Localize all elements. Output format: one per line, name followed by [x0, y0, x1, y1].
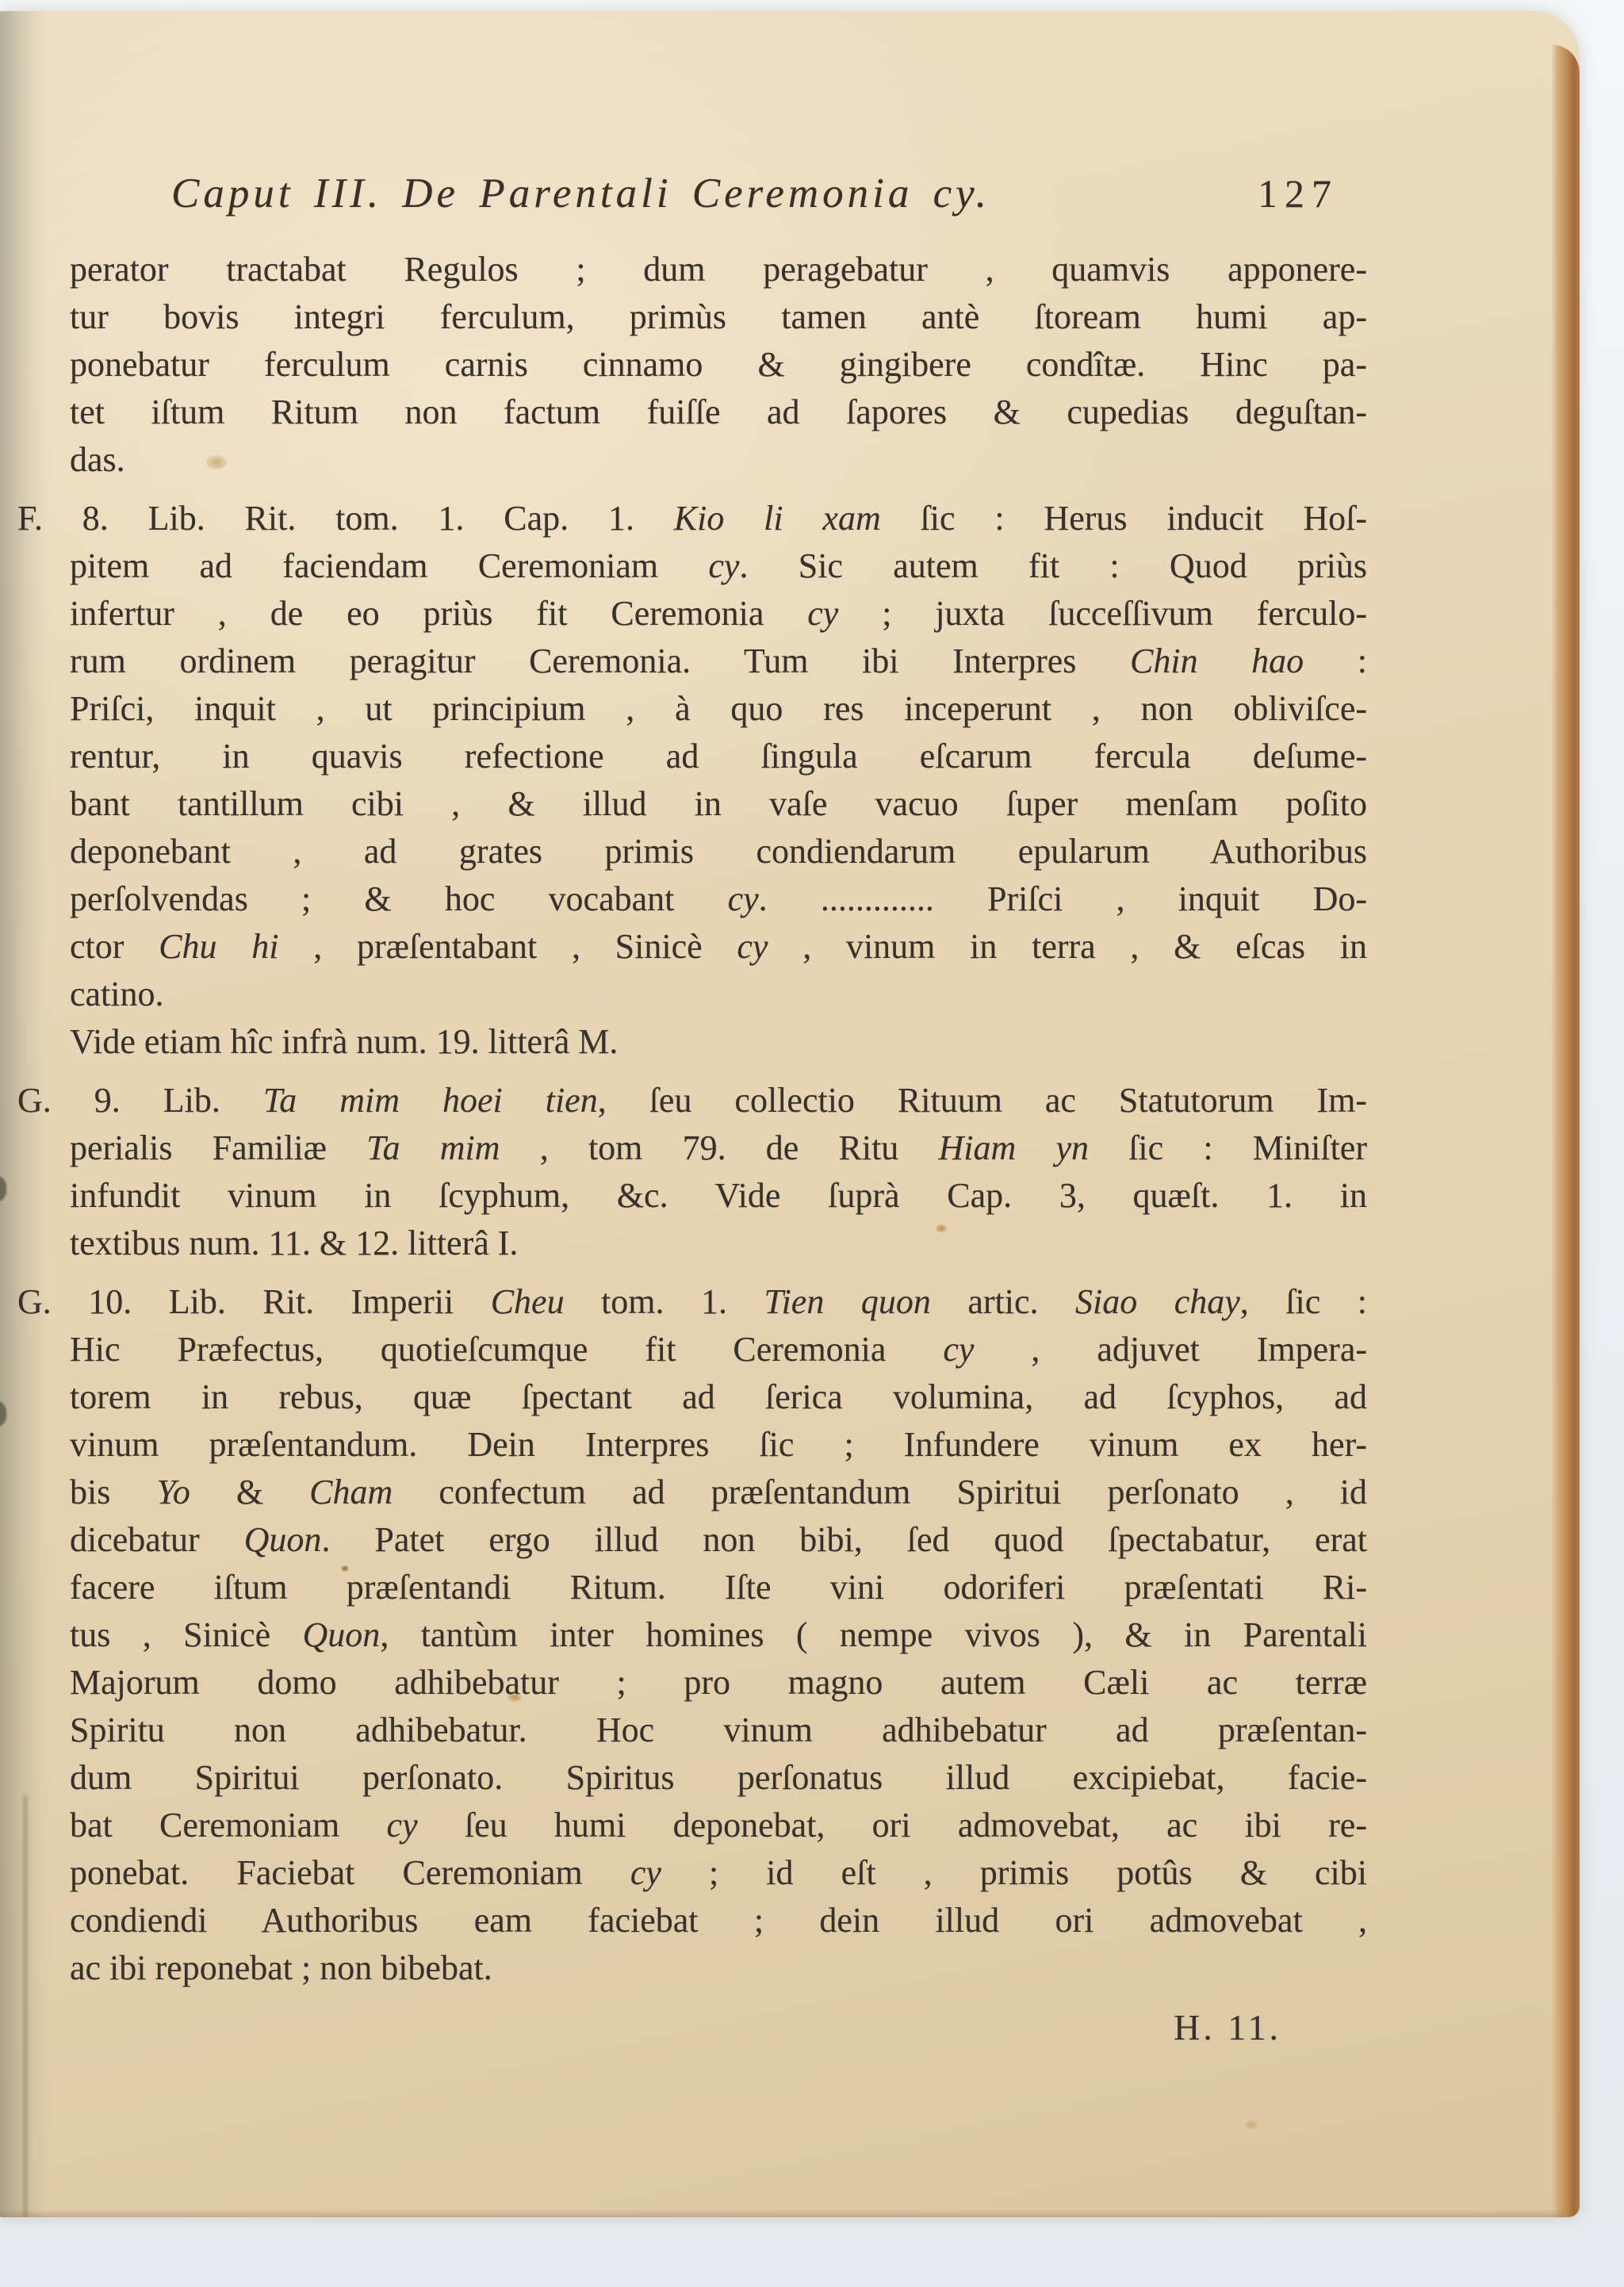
text-line: perator tractabat Regulos ; dum perageba…: [70, 246, 1367, 293]
italic-text: Cham: [309, 1473, 393, 1511]
body-text: ſeu humi deponebat, ori admovebat, ac ib…: [418, 1806, 1367, 1845]
body-text: tom. 1.: [565, 1282, 764, 1321]
text-line: infertur , de eo priùs fit Ceremonia cy …: [70, 590, 1367, 638]
body-text: deponebant , ad grates primis condiendar…: [70, 832, 1367, 871]
body-text: . ............. Priſci , inquit Do-: [759, 879, 1367, 918]
italic-text: Chu hi: [159, 927, 278, 966]
paragraph: G. 10. Lib. Rit. Imperii Cheu tom. 1. Ti…: [70, 1278, 1367, 1992]
body-text: , vinum in terra , & eſcas in: [768, 927, 1367, 966]
body-text: , tom 79. de Ritu: [500, 1128, 939, 1167]
body-text: rentur, in quavis refectione ad ſingula …: [70, 737, 1367, 776]
text-line: pitem ad faciendam Ceremoniam cy. Sic au…: [70, 542, 1367, 590]
text-line: F. 8. Lib. Rit. tom. 1. Cap. 1. Kio li x…: [70, 495, 1367, 542]
text-line: infundit vinum in ſcyphum, &c. Vide ſupr…: [70, 1172, 1367, 1220]
body-text: perialis Familiæ: [70, 1128, 366, 1167]
text-line: perſolvendas ; & hoc vocabant cy. ......…: [70, 875, 1367, 923]
text-line: ac ibi reponebat ; non bibebat.: [70, 1944, 1367, 1992]
paragraph: F. 8. Lib. Rit. tom. 1. Cap. 1. Kio li x…: [70, 495, 1367, 1018]
running-title: Caput III. De Parentali Ceremonia cy.: [171, 170, 990, 217]
body-text: perſolvendas ; & hoc vocabant: [70, 879, 728, 918]
body-text: ponebatur ferculum carnis cinnamo & ging…: [70, 345, 1367, 384]
italic-text: cy: [943, 1330, 974, 1369]
text-line: catino.: [70, 971, 1367, 1018]
italic-text: Hiam yn: [939, 1128, 1090, 1167]
text-line: condiendi Authoribus eam faciebat ; dein…: [70, 1897, 1367, 1944]
body-text: &: [190, 1473, 309, 1511]
text-line: das.: [70, 436, 1367, 484]
body-text: G. 9. Lib.: [17, 1081, 263, 1120]
text-line: Majorum domo adhibebatur ; pro magno aut…: [70, 1659, 1367, 1707]
italic-text: Quon: [303, 1615, 381, 1654]
italic-text: cy: [807, 594, 838, 633]
body-text: infundit vinum in ſcyphum, &c. Vide ſupr…: [70, 1176, 1367, 1215]
body-text: catino.: [70, 975, 164, 1013]
body-text: confectum ad præſentandum Spiritui perſo…: [393, 1473, 1367, 1511]
body-text: ac ibi reponebat ; non bibebat.: [70, 1948, 492, 1987]
text-line: Vide etiam hîc infrà num. 19. litterâ M.: [70, 1018, 1367, 1066]
italic-text: Kio li xam: [674, 499, 881, 538]
body-text: G. 10. Lib. Rit. Imperii: [17, 1282, 491, 1321]
book-page: Caput III. De Parentali Ceremonia cy. 12…: [0, 11, 1580, 2217]
body-text: bant tantillum cibi , & illud in vaſe va…: [70, 784, 1367, 823]
body-text: pitem ad faciendam Ceremoniam: [70, 546, 708, 585]
italic-text: cy: [630, 1853, 661, 1892]
italic-text: Yo: [156, 1473, 190, 1511]
body-text: , adjuvet Impera-: [974, 1330, 1367, 1369]
body-text: Majorum domo adhibebatur ; pro magno aut…: [70, 1663, 1367, 1702]
text-line: Spiritu non adhibebatur. Hoc vinum adhib…: [70, 1707, 1367, 1754]
body-text: tet iſtum Ritum non factum fuiſſe ad ſap…: [70, 393, 1367, 431]
text-line: bant tantillum cibi , & illud in vaſe va…: [70, 780, 1367, 828]
text-line: vinum præſentandum. Dein Interpres ſic ;…: [70, 1421, 1367, 1469]
text-line: tus , Sinicè Quon, tantùm inter homines …: [70, 1611, 1367, 1659]
body-text: rum ordinem peragitur Ceremonia. Tum ibi…: [70, 642, 1130, 680]
body-text: Spiritu non adhibebatur. Hoc vinum adhib…: [70, 1710, 1367, 1749]
italic-text: Quon: [244, 1520, 322, 1559]
body-text: bat Ceremoniam: [70, 1806, 387, 1845]
italic-text: cy: [737, 927, 768, 966]
body-text: torem in rebus, quæ ſpectant ad ſerica v…: [70, 1377, 1367, 1416]
body-text: textibus num. 11. & 12. litterâ I.: [70, 1224, 518, 1262]
text-line: ctor Chu hi , præſentabant , Sinicè cy ,…: [70, 923, 1367, 971]
italic-text: Tien quon: [764, 1282, 931, 1321]
text-line: Priſci, inquit , ut principium , à quo r…: [70, 685, 1367, 733]
body-text: ſic : Herus inducit Hoſ-: [881, 499, 1367, 538]
italic-text: Chin hao: [1130, 642, 1304, 680]
body-text: condiendi Authoribus eam faciebat ; dein…: [70, 1901, 1367, 1940]
italic-text: cy: [708, 546, 739, 585]
text-line: dicebatur Quon. Patet ergo illud non bib…: [70, 1516, 1367, 1564]
body-text: ſic : Miniſter: [1089, 1128, 1367, 1167]
body-text: tus , Sinicè: [70, 1615, 303, 1654]
catchword-signature: H. 11.: [70, 2006, 1281, 2048]
paragraph: Vide etiam hîc infrà num. 19. litterâ M.: [70, 1018, 1367, 1066]
text-line: G. 10. Lib. Rit. Imperii Cheu tom. 1. Ti…: [70, 1278, 1367, 1326]
body-text: ; juxta ſucceſſivum ferculo-: [838, 594, 1367, 633]
text-line: bis Yo & Cham confectum ad præſentandum …: [70, 1469, 1367, 1516]
body-text: infertur , de eo priùs fit Ceremonia: [70, 594, 807, 633]
italic-text: Siao chay: [1075, 1282, 1240, 1321]
text-line: torem in rebus, quæ ſpectant ad ſerica v…: [70, 1373, 1367, 1421]
body-text: . Patet ergo illud non bibi, ſed quod ſp…: [321, 1520, 1367, 1559]
body-text: bis: [70, 1473, 156, 1511]
body-text: perator tractabat Regulos ; dum perageba…: [70, 250, 1367, 289]
body-text: tur bovis integri ferculum, primùs tamen…: [70, 297, 1367, 336]
body-text: ; id eſt , primis potûs & cibi: [661, 1853, 1367, 1892]
text-line: rentur, in quavis refectione ad ſingula …: [70, 733, 1367, 780]
body-text: , ſeu collectio Rituum ac Statutorum Im-: [598, 1081, 1367, 1120]
body-text: facere iſtum præſentandi Ritum. Iſte vin…: [70, 1568, 1367, 1607]
body-text: Hic Præfectus, quotieſcumque fit Ceremon…: [70, 1330, 943, 1369]
text-block: perator tractabat Regulos ; dum perageba…: [70, 246, 1367, 1992]
text-line: bat Ceremoniam cy ſeu humi deponebat, or…: [70, 1802, 1367, 1849]
page-edge: [1551, 44, 1580, 2217]
body-text: dum Spiritui perſonato. Spiritus perſona…: [70, 1758, 1367, 1797]
paragraph: G. 9. Lib. Ta mim hoei tien, ſeu collect…: [70, 1077, 1367, 1267]
text-line: tet iſtum Ritum non factum fuiſſe ad ſap…: [70, 389, 1367, 436]
binding-crease: [24, 1795, 27, 2217]
paragraph: perator tractabat Regulos ; dum perageba…: [70, 246, 1367, 484]
body-text: Priſci, inquit , ut principium , à quo r…: [70, 689, 1367, 728]
italic-text: Cheu: [491, 1282, 565, 1321]
body-text: dicebatur: [70, 1520, 244, 1559]
italic-text: cy: [728, 879, 759, 918]
body-text: Vide etiam hîc infrà num. 19. litterâ M.: [70, 1022, 618, 1061]
body-text: , præſentabant , Sinicè: [278, 927, 737, 966]
page-bottom-edge: [0, 2209, 1564, 2217]
italic-text: cy: [387, 1806, 418, 1845]
body-text: das.: [70, 440, 125, 479]
foxing-spot: [1245, 2120, 1258, 2129]
page-header: Caput III. De Parentali Ceremonia cy. 12…: [70, 170, 1367, 217]
text-line: textibus num. 11. & 12. litterâ I.: [70, 1220, 1367, 1267]
text-line: ponebatur ferculum carnis cinnamo & ging…: [70, 341, 1367, 389]
text-line: rum ordinem peragitur Ceremonia. Tum ibi…: [70, 638, 1367, 685]
body-text: artic.: [931, 1282, 1075, 1321]
body-text: , tantùm inter homines ( nempe vivos ), …: [380, 1615, 1367, 1654]
text-line: G. 9. Lib. Ta mim hoei tien, ſeu collect…: [70, 1077, 1367, 1124]
text-line: perialis Familiæ Ta mim , tom 79. de Rit…: [70, 1124, 1367, 1172]
body-text: F. 8. Lib. Rit. tom. 1. Cap. 1.: [17, 499, 674, 538]
text-line: tur bovis integri ferculum, primùs tamen…: [70, 293, 1367, 341]
text-line: deponebant , ad grates primis condiendar…: [70, 828, 1367, 875]
body-text: , ſic :: [1240, 1282, 1367, 1321]
body-text: ponebat. Faciebat Ceremoniam: [70, 1853, 630, 1892]
body-text: . Sic autem fit : Quod priùs: [739, 546, 1367, 585]
italic-text: Ta mim: [366, 1128, 500, 1167]
text-line: Hic Præfectus, quotieſcumque fit Ceremon…: [70, 1326, 1367, 1373]
body-text: :: [1304, 642, 1367, 680]
text-line: ponebat. Faciebat Ceremoniam cy ; id eſt…: [70, 1849, 1367, 1897]
page-number: 127: [1258, 170, 1339, 216]
text-line: facere iſtum præſentandi Ritum. Iſte vin…: [70, 1564, 1367, 1611]
italic-text: Ta mim hoei tien: [263, 1081, 598, 1120]
body-text: vinum præſentandum. Dein Interpres ſic ;…: [70, 1425, 1367, 1464]
text-line: dum Spiritui perſonato. Spiritus perſona…: [70, 1754, 1367, 1802]
body-text: ctor: [70, 927, 159, 966]
